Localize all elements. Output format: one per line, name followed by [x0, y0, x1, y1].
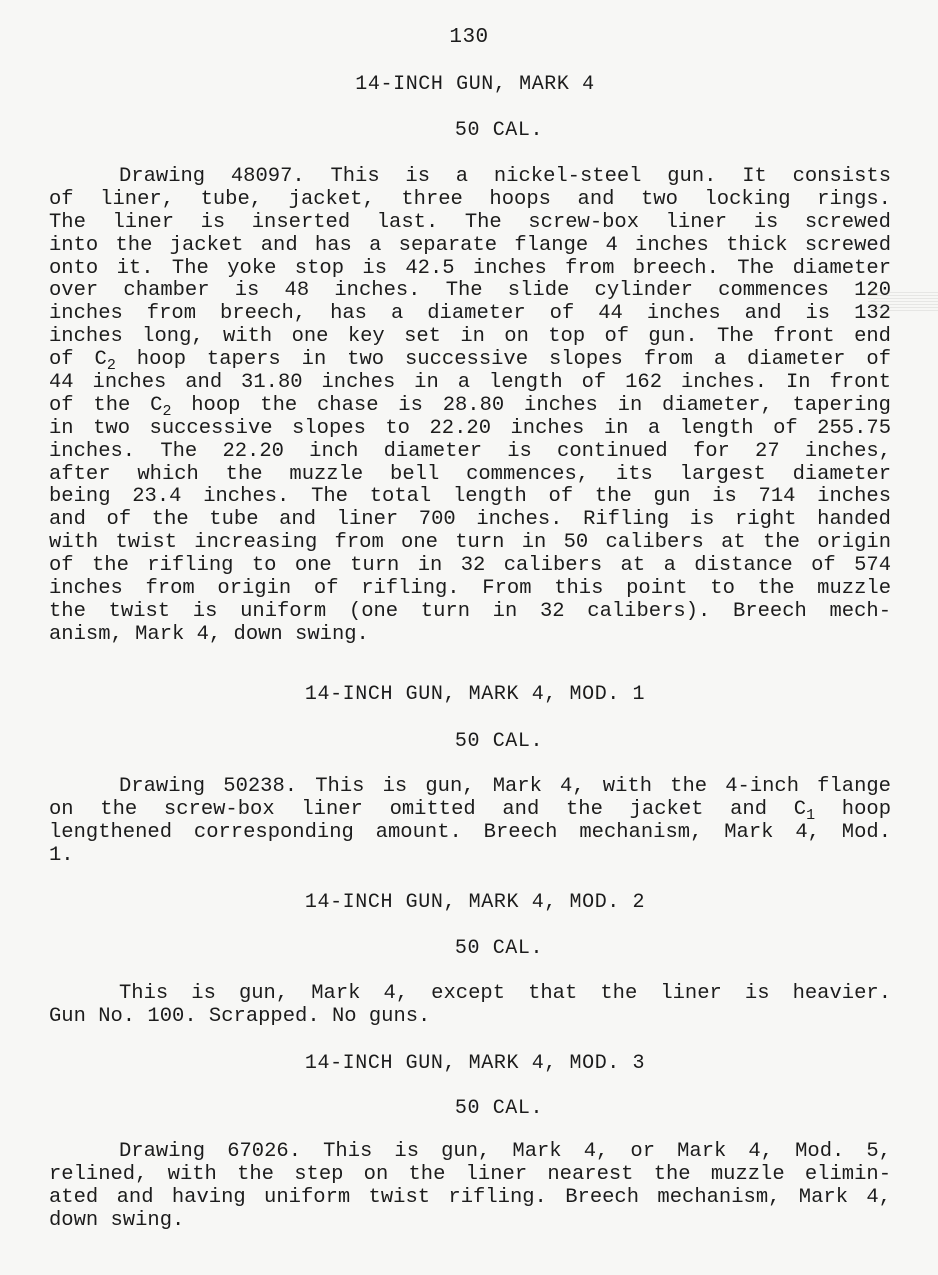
text-line: over chamber is 48 inches. The slide cyl…: [49, 280, 891, 303]
section-body-mark-4-mod-1: Drawing 50238. This is gun, Mark 4, with…: [49, 776, 891, 868]
text-line: Drawing 50238. This is gun, Mark 4, with…: [49, 776, 891, 799]
text-line: of C2 hoop tapers in two successive slop…: [49, 349, 891, 372]
text-line: down swing.: [49, 1210, 891, 1233]
text-line: into the jacket and has a separate flang…: [49, 235, 891, 258]
text-line: inches from breech, has a diameter of 44…: [49, 303, 891, 326]
section-title-mark-4-mod-2: 14-INCH GUN, MARK 4, MOD. 2: [0, 891, 938, 914]
page-number: 130: [0, 26, 938, 49]
text-line: onto it. The yoke stop is 42.5 inches fr…: [49, 258, 891, 281]
section-title-mark-4-mod-3: 14-INCH GUN, MARK 4, MOD. 3: [0, 1052, 938, 1075]
text-line: lengthened corresponding amount. Breech …: [49, 822, 891, 845]
text-line: in two successive slopes to 22.20 inches…: [49, 418, 891, 441]
text-line: of liner, tube, jacket, three hoops and …: [49, 189, 891, 212]
text-line: with twist increasing from one turn in 5…: [49, 532, 891, 555]
text-line: inches from origin of rifling. From this…: [49, 578, 891, 601]
section-body-mark-4: Drawing 48097. This is a nickel-steel gu…: [49, 166, 891, 647]
text-line: the twist is uniform (one turn in 32 cal…: [49, 601, 891, 624]
section-caliber-mark-4: 50 CAL.: [0, 119, 938, 142]
text-line: anism, Mark 4, down swing.: [49, 624, 891, 647]
text-line: inches. The 22.20 inch diameter is conti…: [49, 441, 891, 464]
text-line: The liner is inserted last. The screw-bo…: [49, 212, 891, 235]
document-page: 130 14-INCH GUN, MARK 4 50 CAL. Drawing …: [0, 0, 938, 1275]
section-caliber-mark-4-mod-1: 50 CAL.: [0, 730, 938, 753]
text-line: after which the muzzle bell commences, i…: [49, 464, 891, 487]
text-line: of the rifling to one turn in 32 caliber…: [49, 555, 891, 578]
text-line: of the C2 hoop the chase is 28.80 inches…: [49, 395, 891, 418]
section-title-mark-4-mod-1: 14-INCH GUN, MARK 4, MOD. 1: [0, 683, 938, 706]
text-line: inches long, with one key set in on top …: [49, 326, 891, 349]
text-line: Drawing 67026. This is gun, Mark 4, or M…: [49, 1141, 891, 1164]
text-line: and of the tube and liner 700 inches. Ri…: [49, 509, 891, 532]
text-line: relined, with the step on the liner near…: [49, 1164, 891, 1187]
text-line: Drawing 48097. This is a nickel-steel gu…: [49, 166, 891, 189]
text-line: 1.: [49, 845, 891, 868]
text-line: This is gun, Mark 4, except that the lin…: [49, 983, 891, 1006]
section-title-mark-4: 14-INCH GUN, MARK 4: [0, 73, 938, 96]
text-line: 44 inches and 31.80 inches in a length o…: [49, 372, 891, 395]
section-body-mark-4-mod-2: This is gun, Mark 4, except that the lin…: [49, 983, 891, 1029]
text-line: Gun No. 100. Scrapped. No guns.: [49, 1006, 891, 1029]
text-line: ated and having uniform twist rifling. B…: [49, 1187, 891, 1210]
text-line: on the screw-box liner omitted and the j…: [49, 799, 891, 822]
section-caliber-mark-4-mod-3: 50 CAL.: [0, 1097, 938, 1120]
scan-artifact: [868, 292, 938, 312]
section-caliber-mark-4-mod-2: 50 CAL.: [0, 937, 938, 960]
text-line: being 23.4 inches. The total length of t…: [49, 486, 891, 509]
section-body-mark-4-mod-3: Drawing 67026. This is gun, Mark 4, or M…: [49, 1141, 891, 1233]
